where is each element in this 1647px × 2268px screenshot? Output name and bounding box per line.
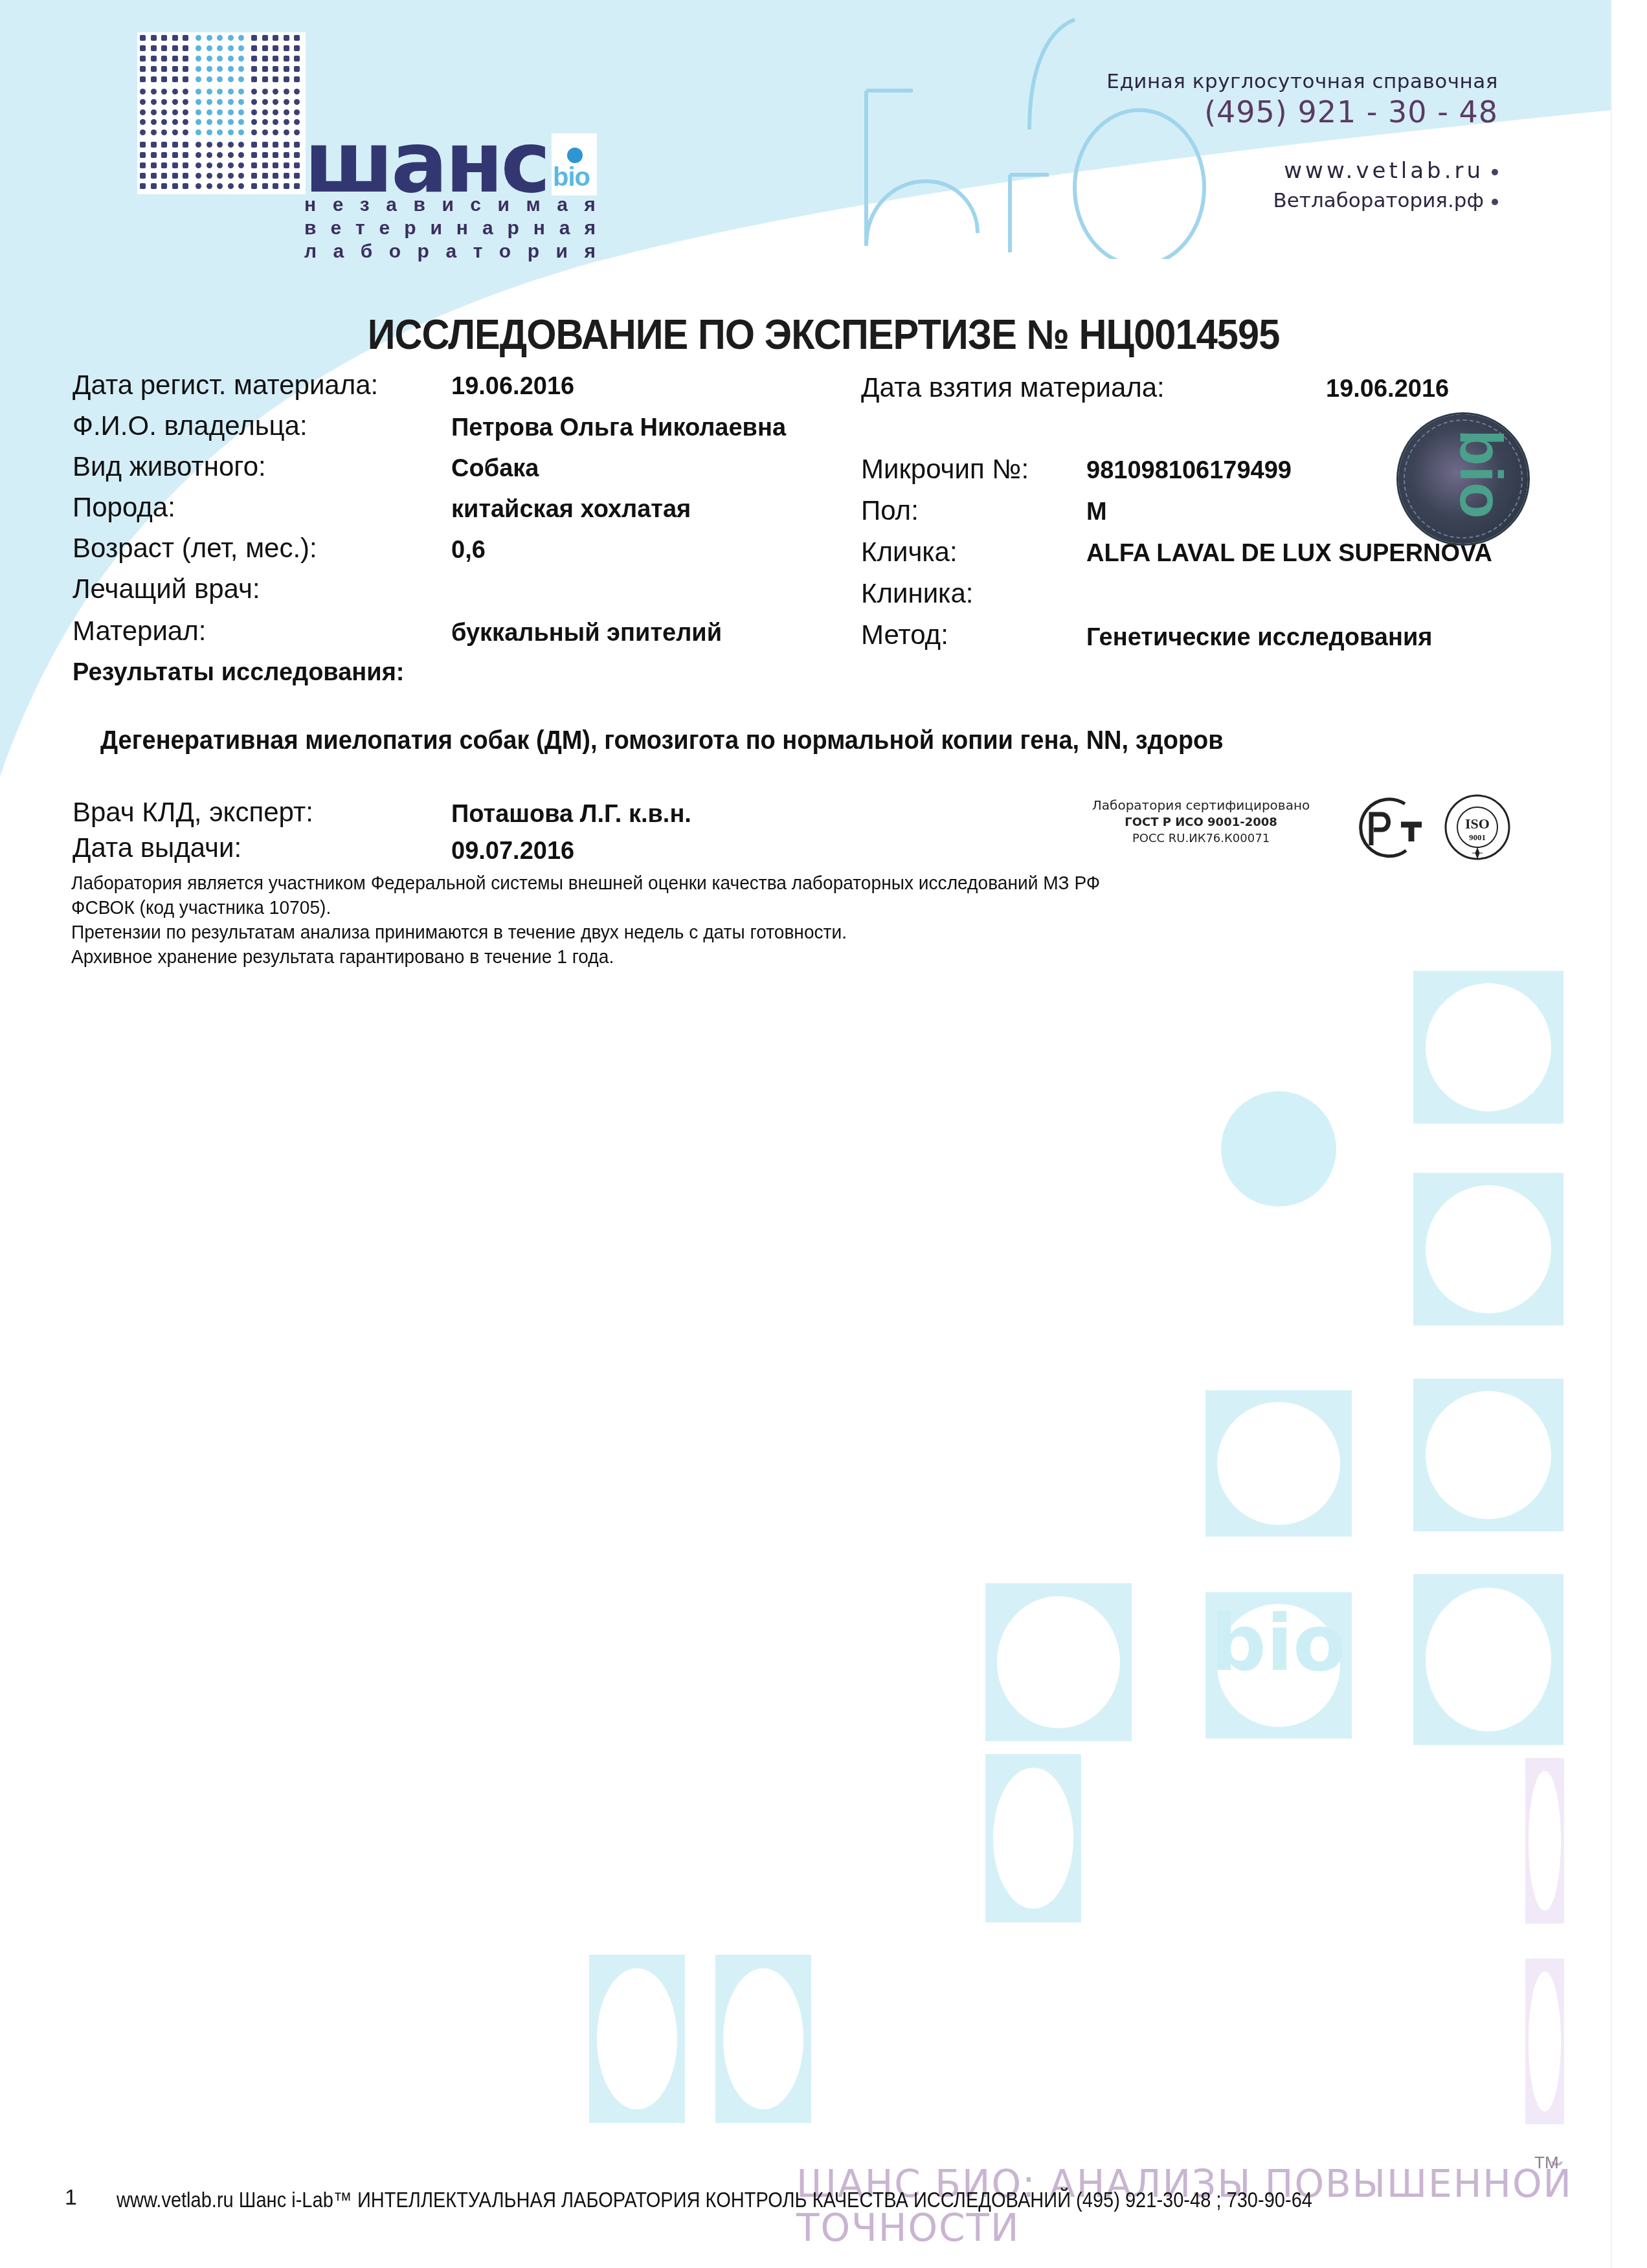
cert-line-2: ГОСТ Р ИСО 9001-2008 bbox=[1088, 816, 1314, 829]
footer-trademark: TM bbox=[1534, 2153, 1559, 2173]
document-title: ИССЛЕДОВАНИЕ ПО ЭКСПЕРТИЗЕ № НЦ0014595 bbox=[58, 311, 1589, 359]
certification-block: Лаборатория сертифицировано ГОСТ Р ИСО 9… bbox=[1088, 797, 1314, 845]
field-value-reg-date: 19.06.2016 bbox=[451, 370, 574, 403]
watermark-tile bbox=[985, 1583, 1132, 1741]
contacts-block: Единая круглосуточная справочная (495) 9… bbox=[1106, 70, 1498, 212]
hologram-bio-text: bio bbox=[1446, 430, 1514, 519]
footer-info: www.vetlab.ru Шанс i-Lab™ ИНТЕЛЛЕКТУАЛЬН… bbox=[117, 2188, 1312, 2212]
expert-value: Поташова Л.Г. к.в.н. bbox=[451, 798, 691, 830]
field-label-clinic: Клиника: bbox=[861, 577, 973, 610]
watermark-tile bbox=[715, 1955, 811, 2123]
hologram-seal-icon: bio bbox=[1398, 414, 1528, 544]
watermark-tile bbox=[1205, 1390, 1352, 1537]
field-label-sample-date: Дата взятия материала: bbox=[861, 372, 1165, 404]
watermark-tile bbox=[589, 1955, 685, 2123]
watermark-tile bbox=[1413, 1173, 1563, 1326]
logo-tagline-3: лаборатория bbox=[304, 241, 596, 263]
logo-tagline-1: независимая bbox=[304, 194, 596, 216]
logo-bio-dot-icon bbox=[567, 148, 583, 163]
notes-block: Лаборатория является участником Федераль… bbox=[71, 871, 1100, 970]
logo-bio-badge: bio bbox=[552, 133, 597, 195]
page-number: 1 bbox=[65, 2185, 77, 2210]
bullet-icon bbox=[1492, 169, 1498, 175]
field-value-owner: Петрова Ольга Николаевна bbox=[451, 412, 786, 444]
expert-label: Врач КЛД, эксперт: bbox=[73, 796, 313, 828]
svg-text:ISO: ISO bbox=[1465, 816, 1490, 832]
watermark-tile bbox=[1413, 971, 1563, 1124]
result-text: Дегенеративная миелопатия собак (ДМ), го… bbox=[100, 726, 1224, 755]
results-heading: Результаты исследования: bbox=[73, 659, 405, 687]
watermark-tile bbox=[1413, 1574, 1563, 1745]
bullet-icon bbox=[1492, 199, 1498, 205]
scan-edge bbox=[1611, 0, 1612, 2268]
watermark-disc bbox=[1221, 1091, 1336, 1206]
field-label-name: Кличка: bbox=[861, 536, 958, 568]
cert-line-3: РОСС RU.ИК76.К00071 bbox=[1088, 832, 1314, 845]
note-line: Лаборатория является участником Федераль… bbox=[71, 871, 1100, 896]
issue-date-value: 09.07.2016 bbox=[451, 835, 574, 867]
website-rf-text: Ветлаборатория.рф bbox=[1273, 189, 1485, 212]
field-label-reg-date: Дата регист. материала: bbox=[73, 369, 378, 401]
watermark-tile-pink bbox=[1525, 1758, 1564, 1924]
helpline-label: Единая круглосуточная справочная bbox=[1106, 70, 1498, 93]
field-value-name: ALFA LAVAL DE LUX SUPERNOVA bbox=[1086, 537, 1492, 570]
watermark-tile-pink bbox=[1525, 1959, 1564, 2124]
field-value-species: Собака bbox=[451, 452, 539, 485]
watermark-bio-text: bio bbox=[1211, 1599, 1346, 1689]
field-label-age: Возраст (лет, мес.): bbox=[73, 532, 317, 564]
field-label-doctor: Лечащий врач: bbox=[73, 573, 260, 605]
logo-mark bbox=[137, 32, 306, 194]
note-line: ФСВОК (код участника 10705). bbox=[71, 896, 1100, 920]
field-value-method: Генетические исследования bbox=[1086, 621, 1432, 654]
cert-line-1: Лаборатория сертифицировано bbox=[1088, 797, 1314, 813]
helpline-phone: (495) 921 - 30 - 48 bbox=[1106, 94, 1498, 129]
note-line: Архивное хранение результата гарантирова… bbox=[71, 945, 1100, 970]
rst-certification-icon bbox=[1353, 795, 1424, 860]
svg-text:9001: 9001 bbox=[1469, 832, 1486, 842]
website-text: www.vetlab.ru bbox=[1284, 158, 1484, 184]
logo-bio-text: bio bbox=[553, 163, 590, 192]
field-value-breed: китайская хохлатая bbox=[451, 493, 691, 526]
field-value-age: 0,6 bbox=[451, 534, 486, 566]
field-label-method: Метод: bbox=[861, 619, 948, 651]
field-value-sample-date: 19.06.2016 bbox=[1326, 373, 1449, 405]
field-label-breed: Порода: bbox=[73, 491, 175, 524]
website-link[interactable]: www.vetlab.ru bbox=[1106, 158, 1498, 184]
logo-wordmark: шанс bbox=[304, 127, 548, 198]
logo-tagline-2: ветеринарная bbox=[304, 217, 596, 239]
issue-date-label: Дата выдачи: bbox=[73, 832, 241, 864]
watermark-tile bbox=[1413, 1379, 1563, 1531]
note-line: Претензии по результатам анализа принима… bbox=[71, 920, 1100, 945]
field-value-microchip: 981098106179499 bbox=[1086, 454, 1292, 487]
field-label-owner: Ф.И.О. владельца: bbox=[73, 410, 308, 442]
field-value-material: буккальный эпителий bbox=[451, 617, 722, 649]
field-value-sex: М bbox=[1086, 496, 1107, 528]
iso-9001-icon: ISO 9001 bbox=[1444, 794, 1511, 861]
field-label-sex: Пол: bbox=[861, 495, 919, 527]
field-label-species: Вид животного: bbox=[73, 450, 266, 483]
website-rf-link[interactable]: Ветлаборатория.рф bbox=[1106, 189, 1498, 212]
watermark-tile bbox=[985, 1754, 1081, 1922]
field-label-material: Материал: bbox=[73, 615, 206, 647]
field-label-microchip: Микрочип №: bbox=[861, 453, 1029, 485]
